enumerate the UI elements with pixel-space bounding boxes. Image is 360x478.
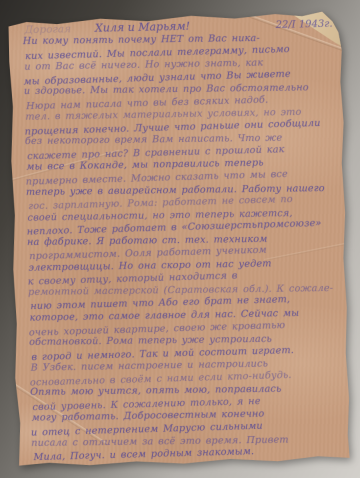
letter-paper: Дорогая Хиля и Марьям! 22/I 1943г. Ни ко…	[6, 10, 351, 469]
scan-background: Дорогая Хиля и Марьям! 22/I 1943г. Ни ко…	[0, 0, 360, 478]
letter-greeting-faint: Дорогая	[24, 23, 71, 36]
letter-paper-wrapper: Дорогая Хиля и Марьям! 22/I 1943г. Ни ко…	[6, 10, 351, 469]
letter-salutation: Хиля и Марьям!	[95, 20, 190, 35]
letter-date: 22/I 1943г.	[276, 19, 333, 31]
letter-body: Ни кому понять почему НЕТ от Вас ника-ки…	[7, 30, 352, 465]
